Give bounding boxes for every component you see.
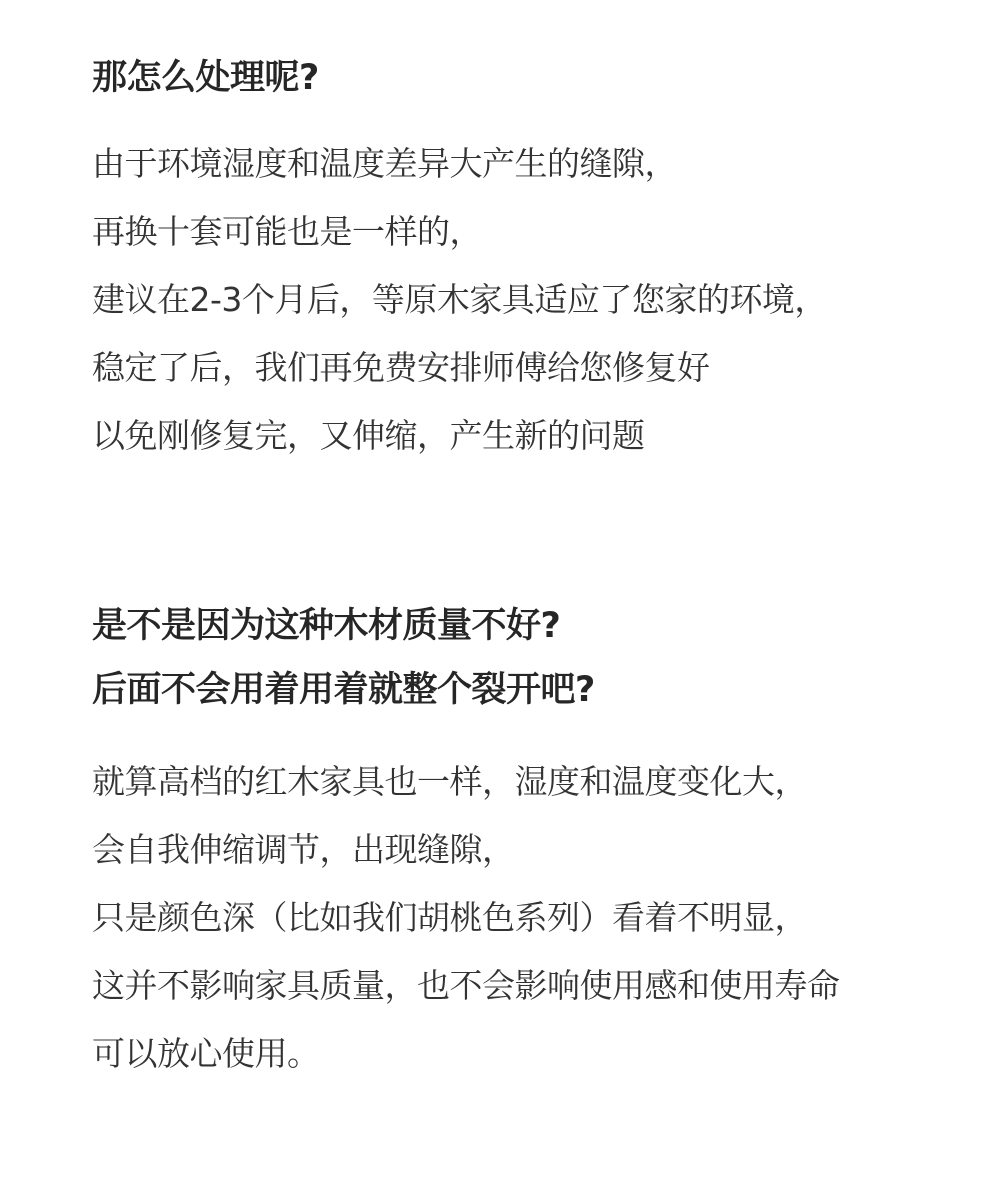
- paragraph-line: 这并不影响家具质量，也不会影响使用感和使用寿命: [92, 952, 960, 1020]
- paragraph-line: 会自我伸缩调节，出现缝隙，: [92, 816, 960, 884]
- paragraph-line: 再换十套可能也是一样的，: [92, 198, 960, 266]
- paragraph-line: 就算高档的红木家具也一样，湿度和温度变化大，: [92, 748, 960, 816]
- paragraph-line: 建议在2-3个月后，等原木家具适应了您家的环境，: [92, 266, 960, 334]
- paragraph-line: 只是颜色深（比如我们胡桃色系列）看着不明显，: [92, 884, 960, 952]
- section-2-heading: 是不是因为这种木材质量不好? 后面不会用着用着就整个裂开吧?: [92, 594, 960, 722]
- heading-line: 是不是因为这种木材质量不好?: [92, 594, 960, 658]
- section-1-body: 由于环境湿度和温度差异大产生的缝隙， 再换十套可能也是一样的， 建议在2-3个月…: [92, 130, 960, 470]
- paragraph-line: 稳定了后，我们再免费安排师傅给您修复好: [92, 334, 960, 402]
- section-1-heading: 那怎么处理呢?: [92, 46, 960, 110]
- paragraph-line: 以免刚修复完，又伸缩，产生新的问题: [92, 402, 960, 470]
- heading-line: 那怎么处理呢?: [92, 46, 960, 110]
- section-2-body: 就算高档的红木家具也一样，湿度和温度变化大， 会自我伸缩调节，出现缝隙， 只是颜…: [92, 748, 960, 1088]
- heading-line: 后面不会用着用着就整个裂开吧?: [92, 658, 960, 722]
- paragraph-line: 由于环境湿度和温度差异大产生的缝隙，: [92, 130, 960, 198]
- paragraph-line: 可以放心使用。: [92, 1020, 960, 1088]
